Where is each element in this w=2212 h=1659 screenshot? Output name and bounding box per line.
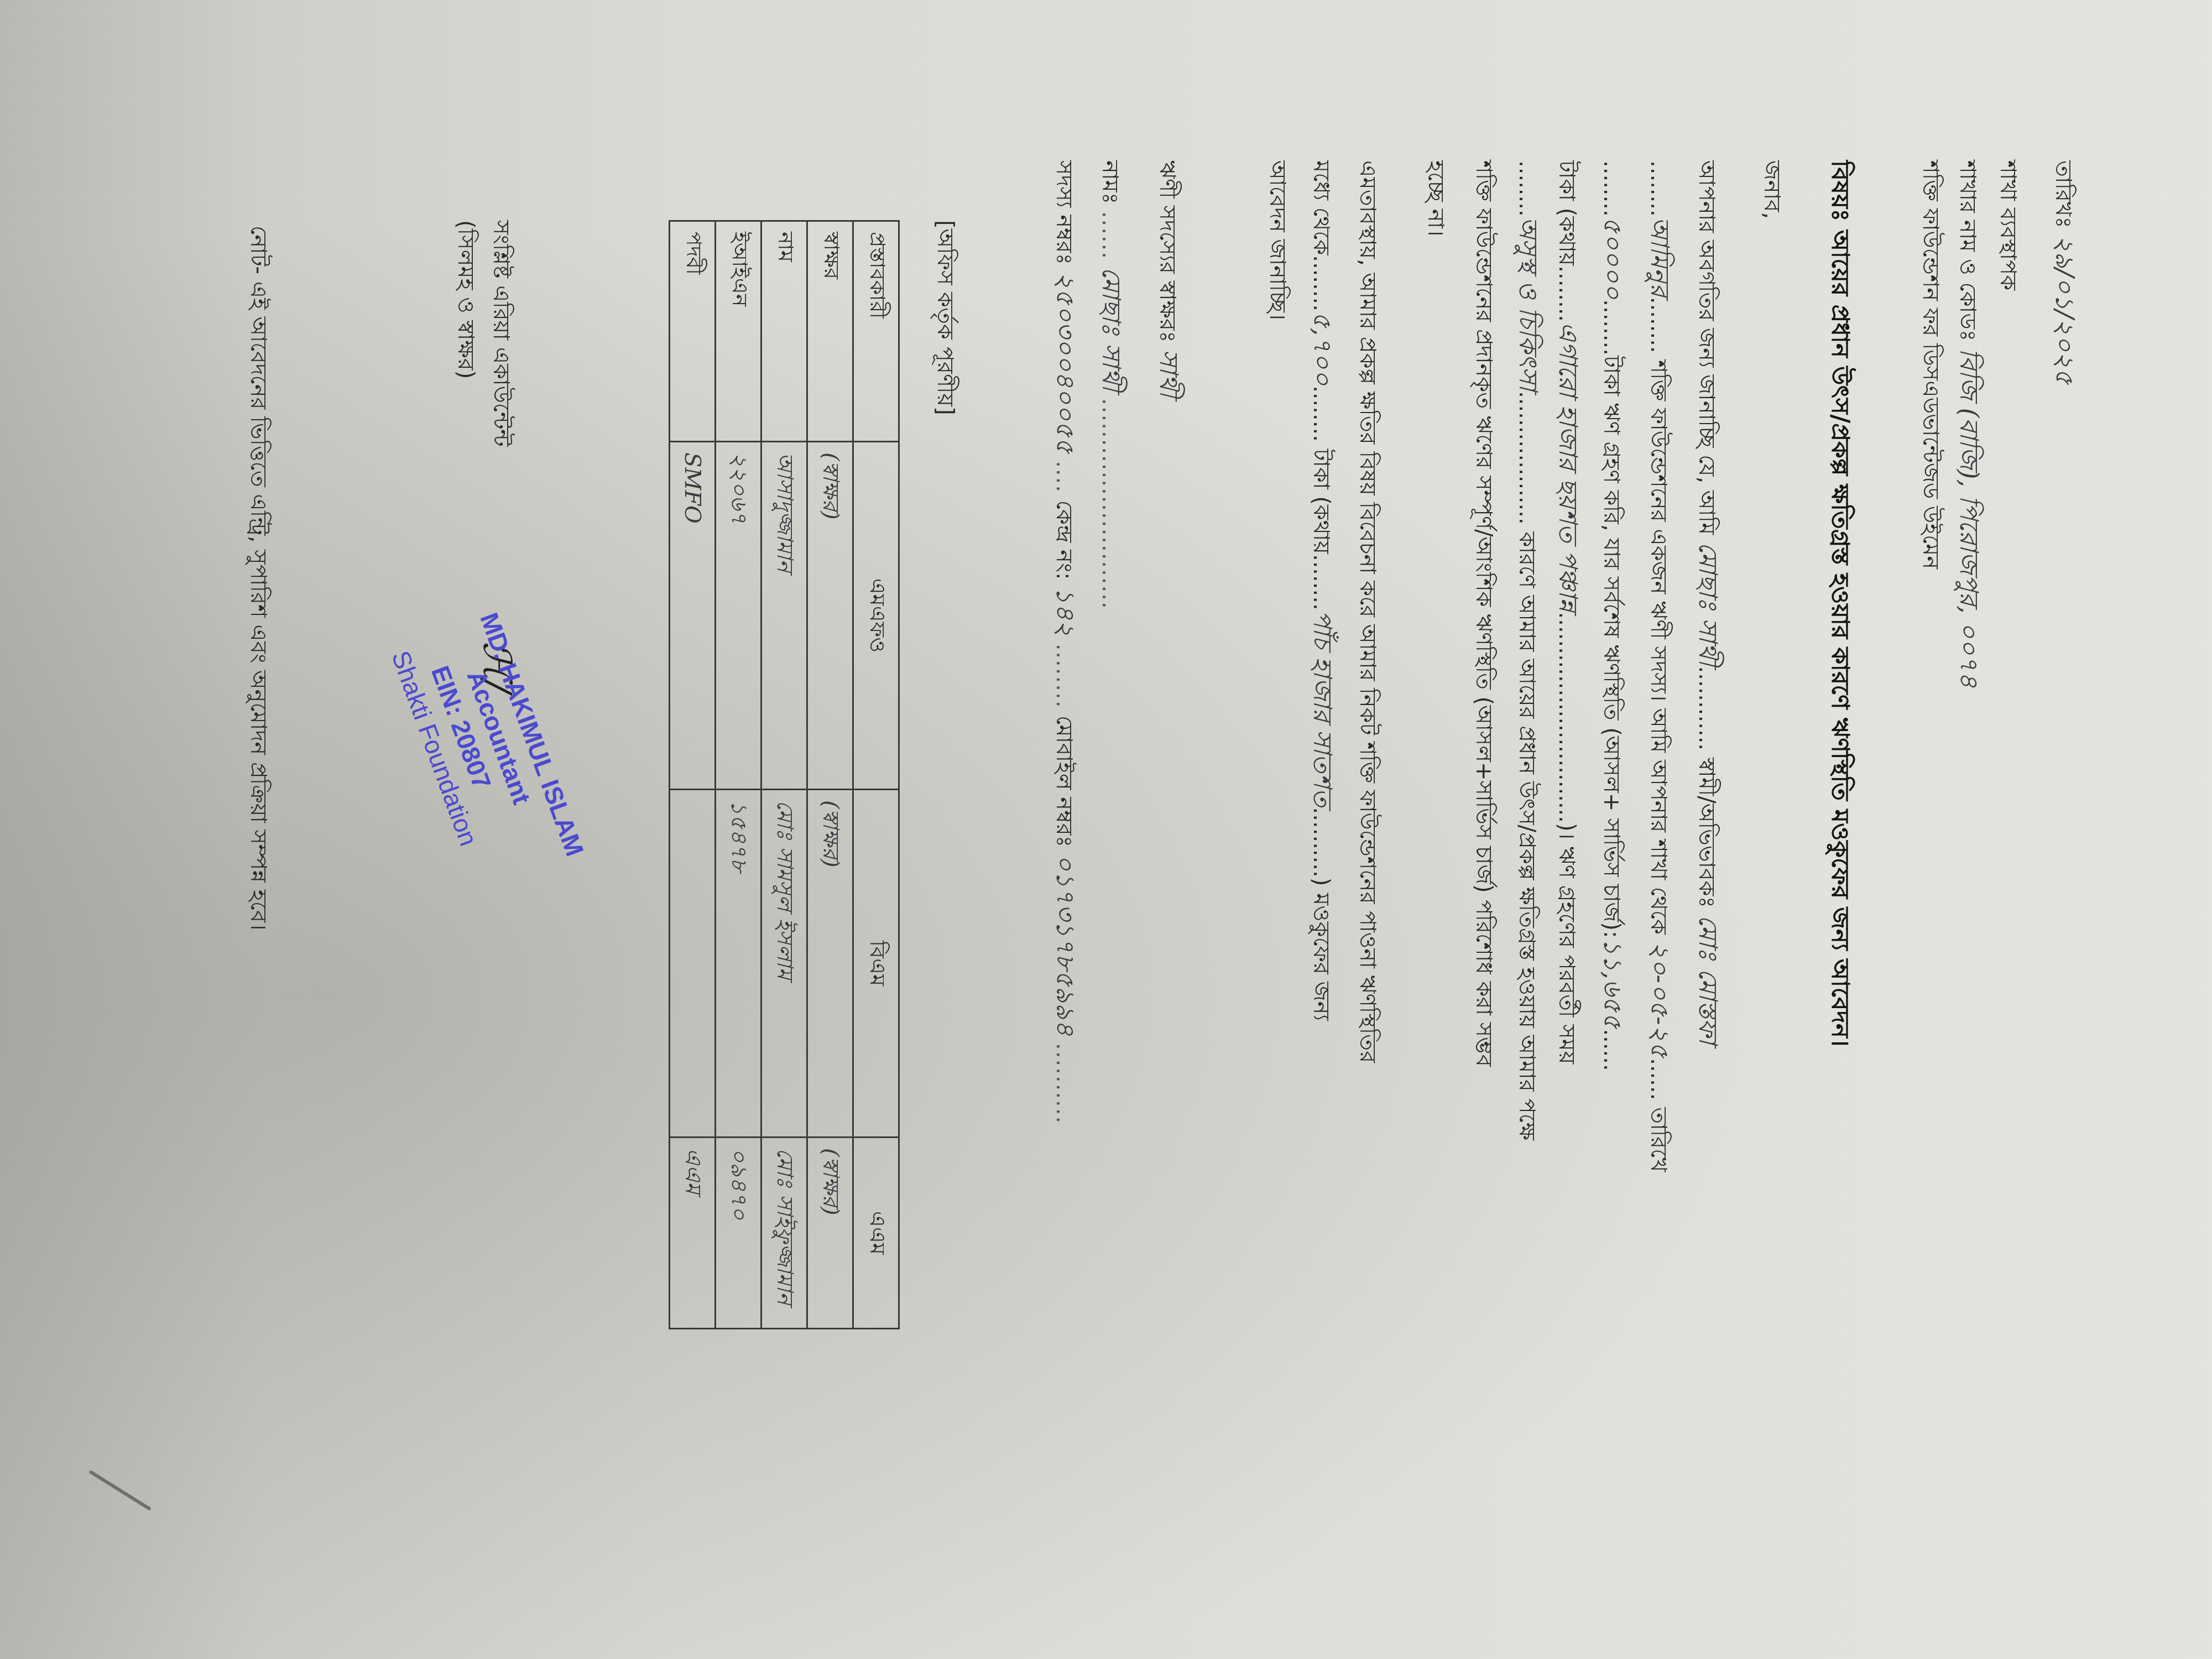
column-header: প্রস্তাবকারী — [853, 221, 899, 442]
table-cell: মোঃ সাইফুজ্জামান — [761, 1138, 807, 1329]
member-name-label: নামঃ — [1097, 160, 1123, 204]
paragraph-line: হচ্ছে না। — [1421, 160, 1450, 236]
area-accountant-label: সংশ্লিষ্ট এরিয়া একাউন্টেন্ট — [487, 220, 515, 447]
member-name-value: মোছাঃ সাথী — [1097, 267, 1126, 392]
table-cell: ২২০৬৭ — [716, 442, 761, 790]
printed-text: হচ্ছে না। — [1423, 160, 1448, 236]
date-label: তারিখঃ — [2051, 160, 2076, 228]
printed-text: ...... — [1599, 1029, 1624, 1071]
printed-text: এমতাবস্থায়, আমার প্রকল্প ক্ষতির বিষয় ব… — [1355, 160, 1380, 1063]
printed-text: টাকা (কথায়........ — [1554, 160, 1579, 322]
row-label: স্বাক্ষর — [807, 221, 853, 442]
footnote: নোট- এই আবেদনের ভিত্তিতে এন্ট্রি, সুপারি… — [244, 226, 273, 931]
office-use-heading: [অফিস কর্তৃক পূরণীয়] — [931, 220, 959, 415]
table-cell: (স্বাক্ষর) — [807, 790, 853, 1138]
member-signature-label: ঋণী সদস্যের স্বাক্ষরঃ — [1155, 160, 1180, 342]
handwritten-entry: এগারো হাজার ছয়শত পঞ্চান্ন — [1553, 322, 1583, 612]
printed-text: শক্তি ফাউন্ডেশনের প্রদানকৃত ঋণের সম্পূর্… — [1471, 160, 1496, 1067]
member-signature-line: ঋণী সদস্যের স্বাক্ষরঃ সাথী — [1153, 160, 1183, 398]
paragraph-line: ........অসুস্থ ও চিকিৎসা................… — [1512, 160, 1543, 1140]
row-label: নাম — [761, 221, 807, 442]
printed-text: মধ্যে থেকে........ — [1308, 160, 1334, 311]
center-value: ১৪২ — [1051, 587, 1081, 637]
printed-text: ............ স্বামী/অভিভাবকঃ — [1694, 666, 1719, 915]
mobile-label: মোবাইল নম্বরঃ — [1051, 716, 1077, 847]
printed-text: ........ — [1599, 160, 1624, 217]
office-approval-table: প্রস্তাবকারীএমএফওবিএমএএমস্বাক্ষর(স্বাক্ষ… — [669, 220, 900, 1329]
handwritten-entry: ১১,৬৫৫ — [1598, 938, 1628, 1029]
paragraph-line: শক্তি ফাউন্ডেশনের প্রদানকৃত ঋণের সম্পূর্… — [1469, 160, 1498, 1067]
printed-text: ........ শক্তি ফাউন্ডেশনের একজন ঋণী সদস্… — [1646, 297, 1671, 942]
printed-text: ........ — [1514, 160, 1540, 217]
branch-line: শাখার নাম ও কোডঃ বিজি (বাজি), পিরোজপুর, … — [1953, 160, 1984, 688]
addressee-title: শাখা ব্যবস্থাপক — [1994, 160, 2022, 290]
date-line: তারিখঃ ২৯/০১/২০২৫ — [2049, 160, 2079, 384]
member-number-label: সদস্য নম্বরঃ — [1051, 160, 1077, 265]
mobile-value: ০১৭৩১৭৮৫৯৯৪ — [1051, 854, 1081, 1036]
table-row: ইআইএন২২০৬৭১৫৪৭৮০৯৪৭০ — [716, 221, 761, 1329]
handwritten-entry: আমিনুর — [1645, 217, 1675, 297]
printed-text: ..............................)। ঋণ গ্রহ… — [1554, 612, 1579, 1065]
table-row: নামআসাদুজ্জামানমোঃ সামসুল ইসলামমোঃ সাইফু… — [761, 221, 807, 1329]
column-header: এএম — [853, 1138, 899, 1329]
paragraph-line: ........আমিনুর........ শক্তি ফাউন্ডেশনের… — [1644, 160, 1674, 1172]
date-value: ২৯/০১/২০২৫ — [2050, 235, 2080, 384]
application-form-page: তারিখঃ ২৯/০১/২০২৫ শাখা ব্যবস্থাপক শাখার … — [0, 0, 2212, 1659]
column-header: এমএফও — [853, 442, 899, 790]
center-label: কেন্দ্র নং: — [1051, 500, 1077, 580]
table-cell: (স্বাক্ষর) — [807, 442, 853, 790]
member-number-line: সদস্য নম্বরঃ ২৫০৩০০৪০০৫৫ .... কেন্দ্র নং… — [1050, 160, 1080, 1124]
member-name-line: নামঃ ...... মোছাঃ সাথী .................… — [1095, 160, 1126, 610]
member-signature: সাথী — [1154, 349, 1184, 398]
subject-line: বিষয়ঃ আয়ের প্রধান উৎস/প্রকল্প ক্ষতিগ্র… — [1825, 160, 1854, 1047]
printed-text: আবেদন জানাচ্ছি। — [1265, 160, 1290, 320]
handwritten-entry: ২০-০৫-২৫ — [1645, 942, 1675, 1058]
handwritten-entry: মোছাঃ সাথী — [1693, 542, 1723, 666]
salutation: জনাব, — [1757, 160, 1786, 219]
handwritten-entry: ৫০০০০ — [1598, 217, 1628, 300]
column-header: বিএম — [853, 790, 899, 1138]
organization-name: শক্তি ফাউন্ডেশন ফর ডিসএডভান্টেজড উইমেন — [1916, 160, 1945, 569]
printed-text: আপনার অবগতির জন্য জানাচ্ছি যে, আমি — [1694, 160, 1719, 542]
handwritten-entry: অসুস্থ ও চিকিৎসা — [1514, 217, 1543, 391]
printed-text: ........ টাকা (কথায়........ — [1308, 385, 1334, 611]
paragraph-line: আবেদন জানাচ্ছি। — [1263, 160, 1292, 320]
paragraph-line: ........৫০০০০........টাকা ঋণ গ্রহণ করি, … — [1597, 160, 1627, 1071]
branch-label: শাখার নাম ও কোডঃ — [1955, 160, 1980, 341]
handwritten-entry: পাঁচ হাজার সাতশত — [1308, 611, 1338, 807]
table-cell: ০৯৪৭০ — [716, 1138, 761, 1329]
table-cell: (স্বাক্ষর) — [807, 1138, 853, 1329]
table-cell: ১৫৪৭৮ — [716, 790, 761, 1138]
paragraph-line: আপনার অবগতির জন্য জানাচ্ছি যে, আমি মোছাঃ… — [1692, 160, 1723, 1045]
handwritten-entry: ৫,৭০০ — [1308, 311, 1338, 385]
table-cell: SMFO — [670, 442, 716, 790]
handwritten-entry: মোঃ মোস্তফা — [1693, 915, 1723, 1044]
paragraph-line: টাকা (কথায়........এগারো হাজার ছয়শত পঞ্… — [1552, 160, 1583, 1064]
printed-text: ...... তারিখে — [1646, 1058, 1671, 1172]
table-header-row: প্রস্তাবকারীএমএফওবিএমএএম — [853, 221, 899, 1329]
paragraph-line: এমতাবস্থায়, আমার প্রকল্প ক্ষতির বিষয় ব… — [1353, 160, 1382, 1063]
row-label: পদবী — [670, 221, 716, 442]
printed-text: ................... কারণে আমার আয়ের প্র… — [1514, 391, 1540, 1140]
accountant-stamp: MD. HAKIMUL ISLAM Accountant EIN: 20807 … — [383, 608, 591, 894]
printed-text: ........ — [1646, 160, 1671, 217]
area-accountant-note: (সিলমহ ও স্বাক্ষর) — [451, 220, 480, 379]
member-number-value: ২৫০৩০০৪০০৫৫ — [1051, 272, 1081, 454]
printed-text: ..........) মওকুফের জন্য — [1308, 807, 1334, 1021]
table-cell: মোঃ সামসুল ইসলাম — [761, 790, 807, 1138]
table-cell: এএম — [670, 1138, 716, 1329]
table-row: পদবীSMFOএএম — [670, 221, 716, 1329]
table-row: স্বাক্ষর(স্বাক্ষর)(স্বাক্ষর)(স্বাক্ষর) — [807, 221, 853, 1329]
paragraph-line: মধ্যে থেকে........৫,৭০০........ টাকা (কথ… — [1307, 160, 1337, 1021]
paper-fold-mark — [88, 1470, 151, 1511]
table-cell — [670, 790, 716, 1138]
printed-text: ........টাকা ঋণ গ্রহণ করি, যার সর্বশেষ ঋ… — [1599, 299, 1624, 938]
branch-value: বিজি (বাজি), পিরোজপুর, ০০৭৪ — [1954, 348, 1984, 688]
table-cell: আসাদুজ্জামান — [761, 442, 807, 790]
row-label: ইআইএন — [716, 221, 761, 442]
